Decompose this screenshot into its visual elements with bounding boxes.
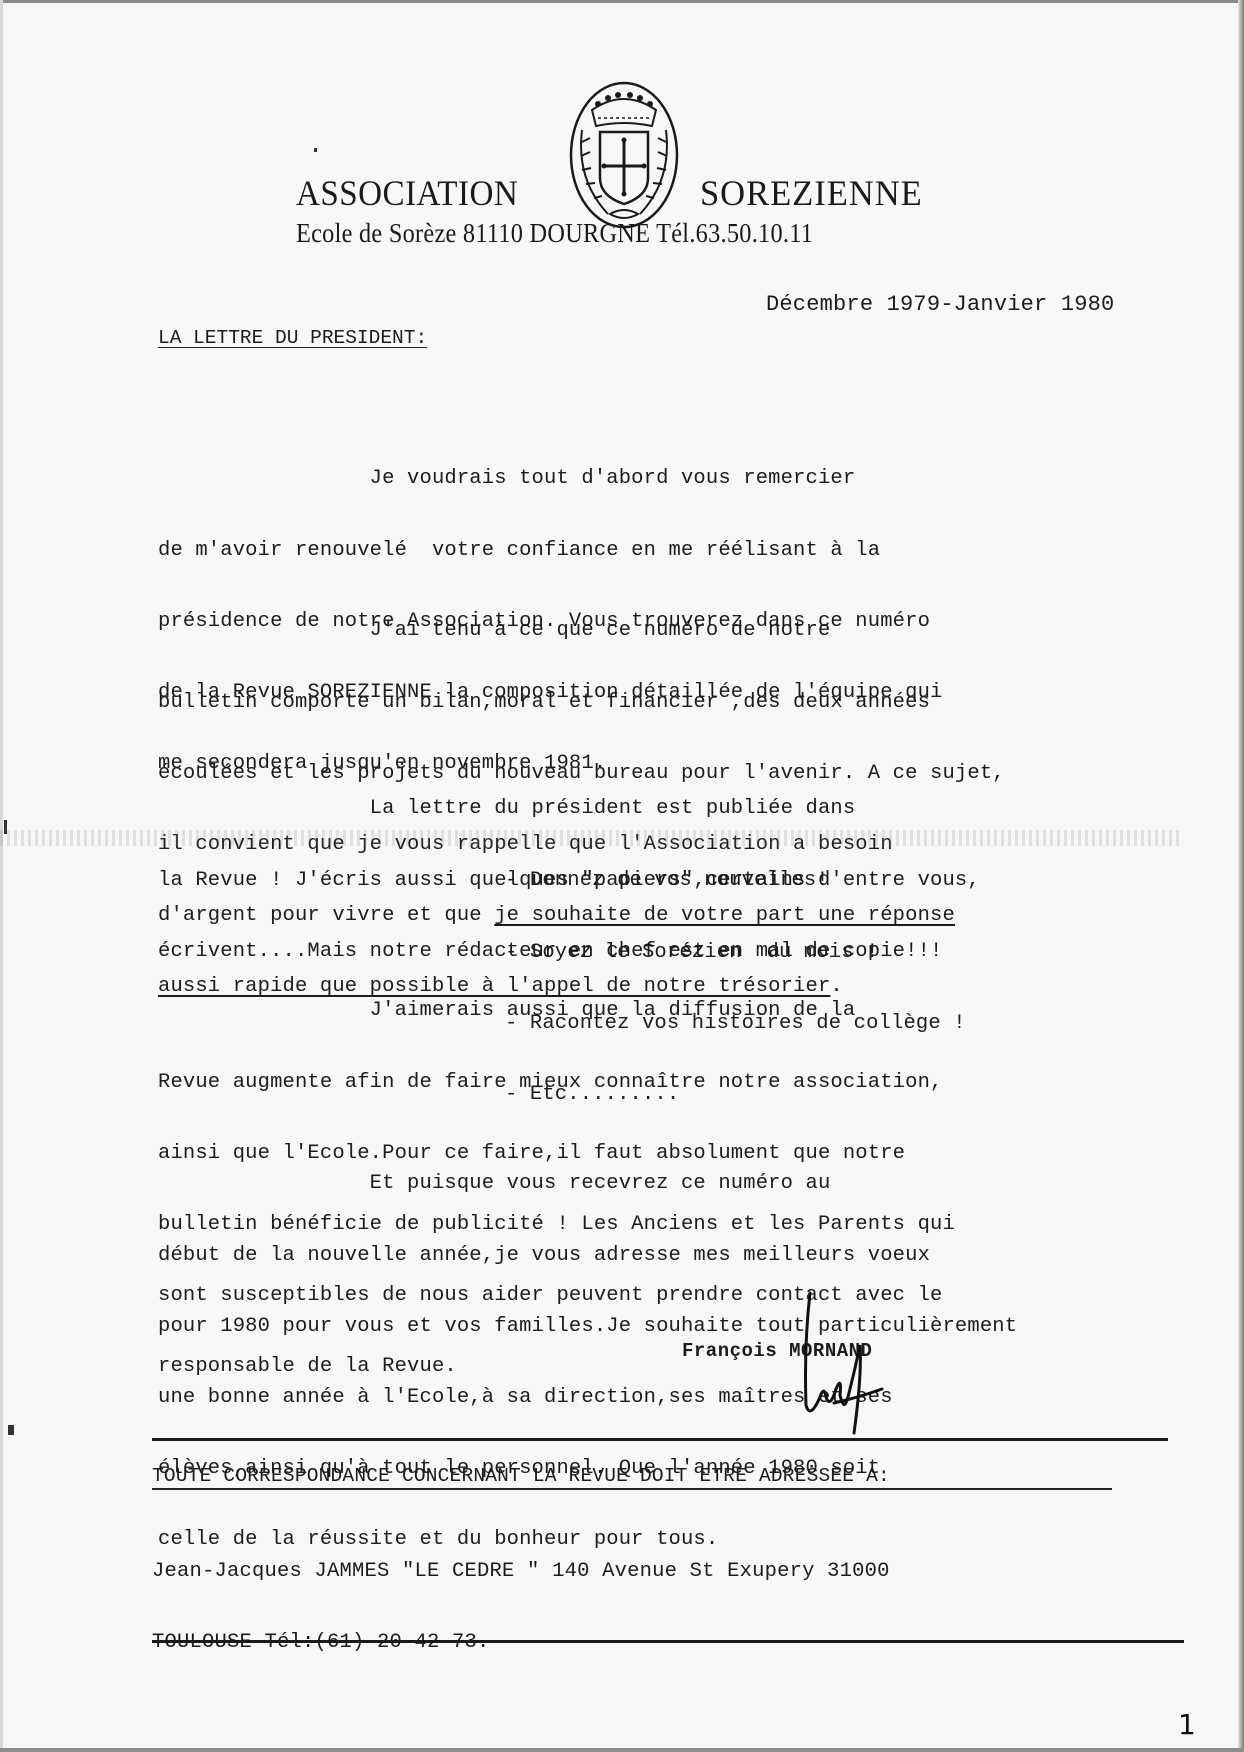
text-line: J'ai tenu à ce que ce numéro de notre [158, 619, 1005, 643]
correspondence-address: Jean-Jacques JAMMES "LE CEDRE " 140 Aven… [152, 1513, 890, 1701]
scan-top-edge [0, 0, 1244, 3]
letter-title: LA LETTRE DU PRESIDENT: [158, 327, 427, 349]
text-line: Je voudrais tout d'abord vous remercier [158, 467, 942, 491]
scan-bottom-edge [0, 1748, 1244, 1752]
text-line: La lettre du président est publiée dans [158, 797, 980, 821]
letterhead-address: Ecole de Sorèze 81110 DOURGNE Tél.63.50.… [296, 218, 813, 249]
speck [314, 148, 317, 152]
text-line: de m'avoir renouvelé votre confiance en … [158, 539, 942, 563]
text-line: Revue augmente afin de faire mieux conna… [158, 1071, 955, 1095]
scan-left-edge [0, 0, 3, 1752]
document-page: ASSOCIATION S [0, 0, 1244, 1752]
text-line: J'aimerais aussi que la diffusion de la [158, 999, 955, 1023]
issue-date: Décembre 1979-Janvier 1980 [766, 292, 1114, 317]
text-line: bulletin comporte un bilan,moral et fina… [158, 691, 1005, 715]
page-number: 1 [1178, 1708, 1196, 1741]
correspondence-heading: TOUTE CORRESPONDANCE CONCERNANT LA REVUE… [152, 1465, 890, 1487]
text-line: Et puisque vous recevrez ce numéro au [158, 1172, 1017, 1196]
speck [8, 1425, 14, 1435]
heading-underline [152, 1488, 1112, 1490]
address-line: Jean-Jacques JAMMES "LE CEDRE " 140 Aven… [152, 1560, 890, 1584]
scan-right-edge [1238, 0, 1244, 1752]
letterhead-name-left: ASSOCIATION [296, 172, 518, 214]
divider [152, 1640, 1184, 1643]
bullet-item: - Donnez de vos nouvelles! [505, 869, 966, 893]
coat-of-arms-icon [568, 80, 680, 230]
handwritten-signature-icon [790, 1285, 890, 1435]
divider [152, 1438, 1168, 1441]
letterhead-name-right: SOREZIENNE [700, 172, 923, 214]
text-line: début de la nouvelle année,je vous adres… [158, 1244, 1017, 1268]
